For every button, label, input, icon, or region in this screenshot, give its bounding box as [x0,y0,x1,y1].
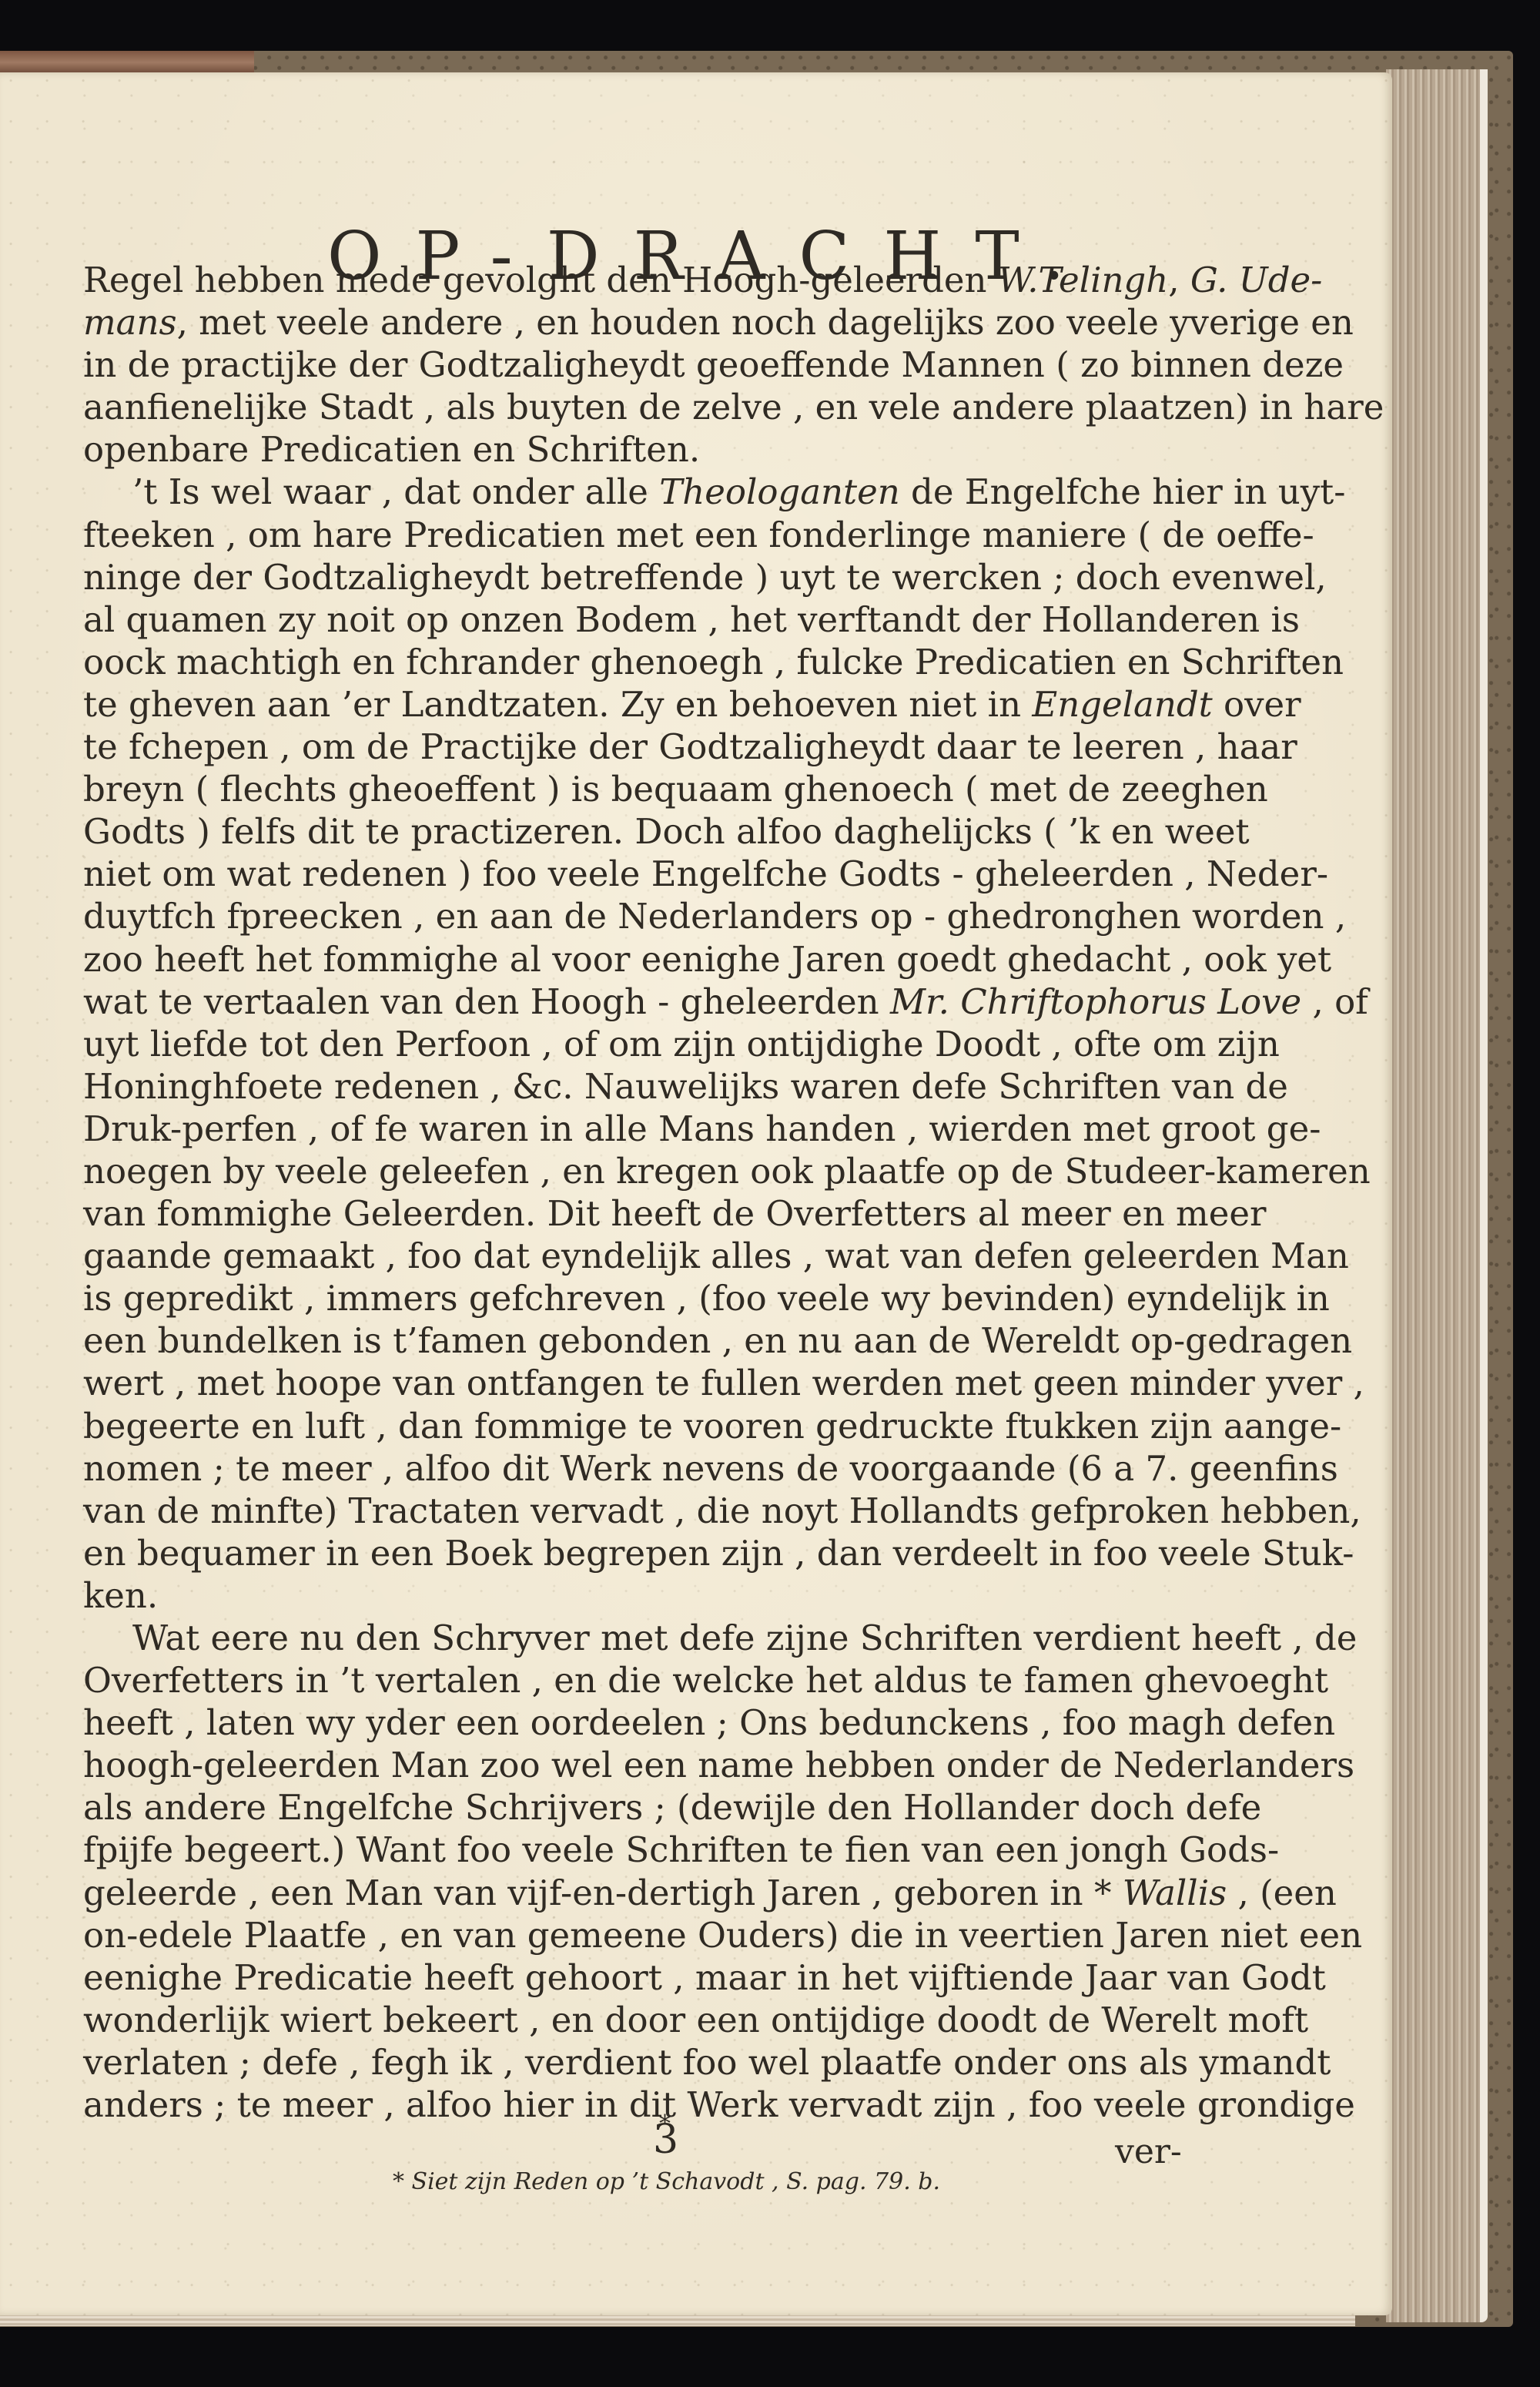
text-run: , [1168,260,1190,300]
text-line: openbare Predicatien en Schriften. [83,428,1170,471]
text-line: hoogh-geleerden Man zoo wel een name heb… [83,1744,1170,1786]
text-run: , of [1301,981,1368,1022]
text-run: van fommighe Geleerden. Dit heeft de Ove… [83,1193,1266,1234]
text-run: gaande gemaakt , foo dat eyndelijk alles… [83,1235,1349,1276]
italic-text: mans [83,302,177,343]
text-line: eenighe Predicatie heeft gehoort , maar … [83,1956,1170,1999]
text-run: verlaten ; defe , fegh ik , verdient foo… [83,2042,1331,2083]
text-run: aanfienelijke Stadt , als buyten de zelv… [83,387,1384,427]
text-line: heeft , laten wy yder een oordeelen ; On… [83,1701,1170,1744]
italic-text: Engelandt [1032,684,1212,725]
text-run: fteeken , om hare Predicatien met een fo… [83,515,1314,555]
text-run: geleerde , een Man van vijf-en-dertigh J… [83,1872,1094,1913]
text-line: ’t Is wel waar , dat onder alle Theologa… [83,471,1170,513]
italic-text: G. Ude- [1190,260,1323,300]
text-run: ’t Is wel waar , dat onder alle [132,471,659,512]
text-line: ninge der Godtzaligheydt betreffende ) u… [83,556,1170,598]
catchword: ver- [1115,2132,1182,2171]
text-run: Honinghfoete redenen , &c. Nauwelijks wa… [83,1066,1288,1107]
text-run: fpijfe begeert.) Want foo veele Schrifte… [83,1829,1279,1870]
text-run: begeerte en luft , dan fommige te vooren… [83,1406,1341,1447]
text-run: wat te vertaalen van den Hoogh - gheleer… [83,981,890,1022]
text-line: mans, met veele andere , en houden noch … [83,301,1170,344]
text-run: breyn ( flechts gheoeffent ) is bequaam … [83,769,1268,810]
text-line: Wat eere nu den Schryver met defe zijne … [83,1617,1170,1659]
text-run: uyt liefde tot den Perfoon , of om zijn … [83,1024,1280,1064]
text-line: is gepredikt , immers gefchreven , (foo … [83,1277,1170,1319]
page-bottom-edge [0,2314,1355,2326]
text-run: Regel hebben mede gevolght den Hoogh-gel… [83,260,998,300]
footnote: * Siet zijn Reden op ’t Schavodt , S. pa… [393,2168,940,2195]
text-line: on-edele Plaatfe , en van gemeene Ouders… [83,1914,1170,1956]
signature-mark: 3 [653,2117,678,2163]
text-run: , (een [1227,1872,1337,1913]
text-line: begeerte en luft , dan fommige te vooren… [83,1405,1170,1447]
text-run: ninge der Godtzaligheydt betreffende ) u… [83,557,1327,598]
text-run: al quamen zy noit op onzen Bodem , het v… [83,599,1300,640]
text-run: Overfetters in ’t vertalen , en die welc… [83,1660,1328,1701]
text-run: , met veele andere , en houden noch dage… [177,302,1354,343]
text-run: eenighe Predicatie heeft gehoort , maar … [83,1957,1326,1998]
text-run: Godts ) felfs dit te practizeren. Doch a… [83,811,1250,852]
text-line: breyn ( flechts gheoeffent ) is bequaam … [83,768,1170,810]
text-line: te fchepen , om de Practijke der Godtzal… [83,726,1170,768]
book-spine-leather [0,51,254,74]
text-line: Honinghfoete redenen , &c. Nauwelijks wa… [83,1065,1170,1108]
text-run: en bequamer in een Boek begrepen zijn , … [83,1533,1354,1574]
text-run: van de minfte) Tractaten vervadt , die n… [83,1490,1361,1531]
text-line: zoo heeft het fommighe al voor eenighe J… [83,938,1170,981]
text-line: anders ; te meer , alfoo hier in dit Wer… [83,2084,1170,2126]
text-run: Wat eere nu den Schryver met defe zijne … [132,1618,1357,1658]
text-run: heeft , laten wy yder een oordeelen ; On… [83,1702,1335,1743]
italic-text: Mr. Chriftophorus Love [890,981,1301,1022]
text-run: wert , met hoope van ontfangen te fullen… [83,1363,1364,1403]
text-line: in de practijke der Godtzaligheydt geoef… [83,344,1170,386]
text-line: wert , met hoope van ontfangen te fullen… [83,1362,1170,1404]
text-line: wonderlijk wiert bekeert , en door een o… [83,1999,1170,2041]
page-fore-edge [1386,69,1488,2322]
text-line: nomen ; te meer , alfoo dit Werk nevens … [83,1447,1170,1490]
text-line: van fommighe Geleerden. Dit heeft de Ove… [83,1192,1170,1235]
text-line: ken. [83,1574,1170,1617]
text-line: oock machtigh en fchrander ghenoegh , fu… [83,641,1170,683]
italic-text: W.Telingh [998,260,1168,300]
text-run: zoo heeft het fommighe al voor eenighe J… [83,939,1331,980]
text-line: verlaten ; defe , fegh ik , verdient foo… [83,2041,1170,2084]
text-line: aanfienelijke Stadt , als buyten de zelv… [83,386,1170,428]
text-run: niet om wat redenen ) foo veele Engelfch… [83,853,1328,894]
text-run: te gheven aan ’er Landtzaten. Zy en beho… [83,684,1032,725]
text-line: als andere Engelfche Schrijvers ; (dewij… [83,1786,1170,1829]
text-line: Godts ) felfs dit te practizeren. Doch a… [83,810,1170,853]
text-line: en bequamer in een Boek begrepen zijn , … [83,1532,1170,1574]
text-run: een bundelken is t’famen gebonden , en n… [83,1320,1352,1361]
text-line: Regel hebben mede gevolght den Hoogh-gel… [83,259,1170,301]
text-line: te gheven aan ’er Landtzaten. Zy en beho… [83,683,1170,726]
text-run: oock machtigh en fchrander ghenoegh , fu… [83,642,1344,682]
text-line: Overfetters in ’t vertalen , en die welc… [83,1659,1170,1701]
text-line: uyt liefde tot den Perfoon , of om zijn … [83,1023,1170,1065]
text-run: Druk-perfen , of fe waren in alle Mans h… [83,1108,1321,1149]
text-run: als andere Engelfche Schrijvers ; (dewij… [83,1787,1261,1828]
text-run: on-edele Plaatfe , en van gemeene Ouders… [83,1915,1362,1956]
text-run: te fchepen , om de Practijke der Godtzal… [83,726,1297,767]
text-line: van de minfte) Tractaten vervadt , die n… [83,1490,1170,1532]
text-line: al quamen zy noit op onzen Bodem , het v… [83,598,1170,641]
text-line: niet om wat redenen ) foo veele Engelfch… [83,853,1170,895]
text-line: gaande gemaakt , foo dat eyndelijk alles… [83,1235,1170,1277]
text-line: een bundelken is t’famen gebonden , en n… [83,1319,1170,1362]
text-line: Druk-perfen , of fe waren in alle Mans h… [83,1108,1170,1150]
text-run: nomen ; te meer , alfoo dit Werk nevens … [83,1448,1338,1489]
text-line: noegen by veele geleefen , en kregen ook… [83,1150,1170,1192]
text-run: wonderlijk wiert bekeert , en door een o… [83,2000,1308,2040]
text-run: duytfch fpreecken , en aan de Nederlande… [83,896,1346,937]
text-line: duytfch fpreecken , en aan de Nederlande… [83,895,1170,937]
text-run: over [1213,684,1301,725]
text-line: wat te vertaalen van den Hoogh - gheleer… [83,981,1170,1023]
italic-text: Theologanten [659,471,900,512]
text-run: in de practijke der Godtzaligheydt geoef… [83,344,1344,385]
italic-text: * Wallis [1094,1872,1227,1913]
text-run: anders ; te meer , alfoo hier in dit Wer… [83,2084,1355,2125]
text-run: hoogh-geleerden Man zoo wel een name heb… [83,1745,1354,1785]
text-run: de Engelfche hier in uyt- [900,471,1346,512]
text-run: ken. [83,1575,158,1616]
text-line: fpijfe begeert.) Want foo veele Schrifte… [83,1829,1170,1871]
body-text: Regel hebben mede gevolght den Hoogh-gel… [83,259,1170,2126]
text-run: is gepredikt , immers gefchreven , (foo … [83,1278,1330,1319]
text-run: noegen by veele geleefen , en kregen ook… [83,1151,1371,1192]
text-run: openbare Predicatien en Schriften. [83,429,700,470]
text-line: geleerde , een Man van vijf-en-dertigh J… [83,1872,1170,1914]
text-line: fteeken , om hare Predicatien met een fo… [83,514,1170,556]
